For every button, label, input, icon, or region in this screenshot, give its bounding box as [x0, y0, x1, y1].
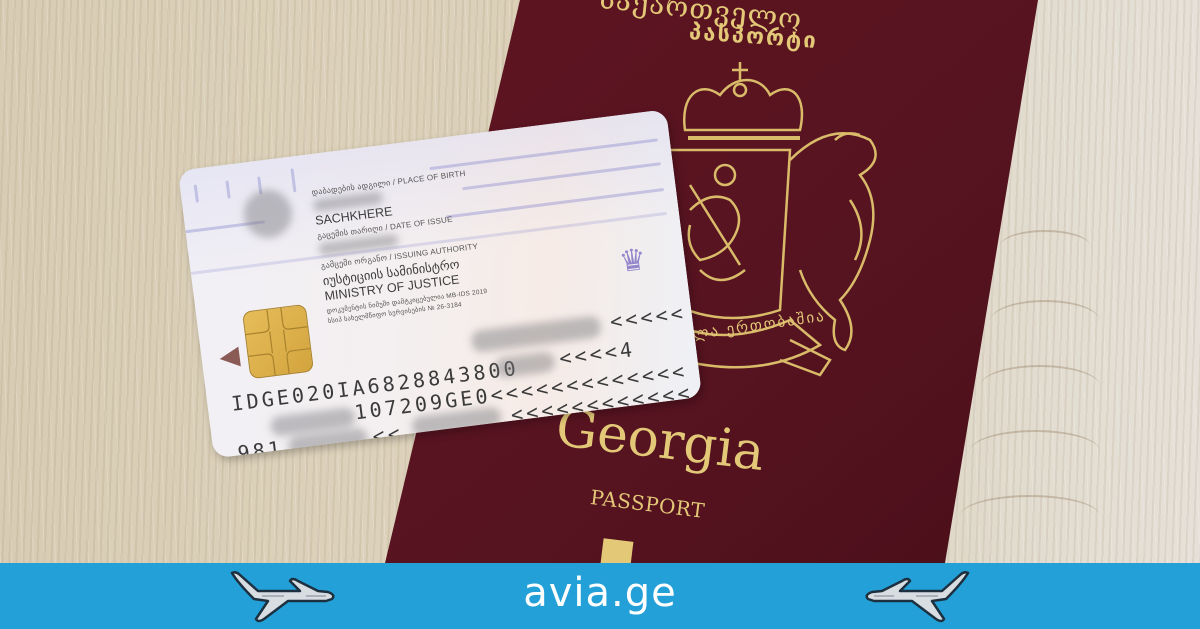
id-card: დაბადების ადგილი / PLACE OF BIRTH SACHKH…: [178, 109, 702, 458]
chip-icon: [242, 304, 314, 379]
biometric-chip-icon: [601, 538, 634, 563]
brand-banner: avia.ge: [0, 563, 1200, 629]
security-stripe: [429, 138, 658, 170]
security-stripe: [462, 162, 661, 190]
field-label-place-of-birth: დაბადების ადგილი / PLACE OF BIRTH: [311, 169, 466, 197]
insert-direction-arrow-icon: [218, 347, 240, 369]
security-stripe: [446, 188, 665, 219]
coat-of-arms-icon: ♛: [611, 240, 655, 283]
security-stripe: [225, 180, 230, 198]
mrz-line-0-end: <<<<<: [609, 300, 688, 333]
photo-scene: საქართველო პასპორტი ძალა ერთობაშია Georg…: [0, 0, 1200, 563]
security-stripe: [194, 185, 199, 203]
security-stripe: [290, 168, 296, 192]
redacted-mrz: [494, 351, 556, 378]
airplane-icon: [862, 569, 972, 623]
redacted-photo: [241, 187, 295, 241]
site-logo[interactable]: avia.ge: [0, 570, 1200, 616]
